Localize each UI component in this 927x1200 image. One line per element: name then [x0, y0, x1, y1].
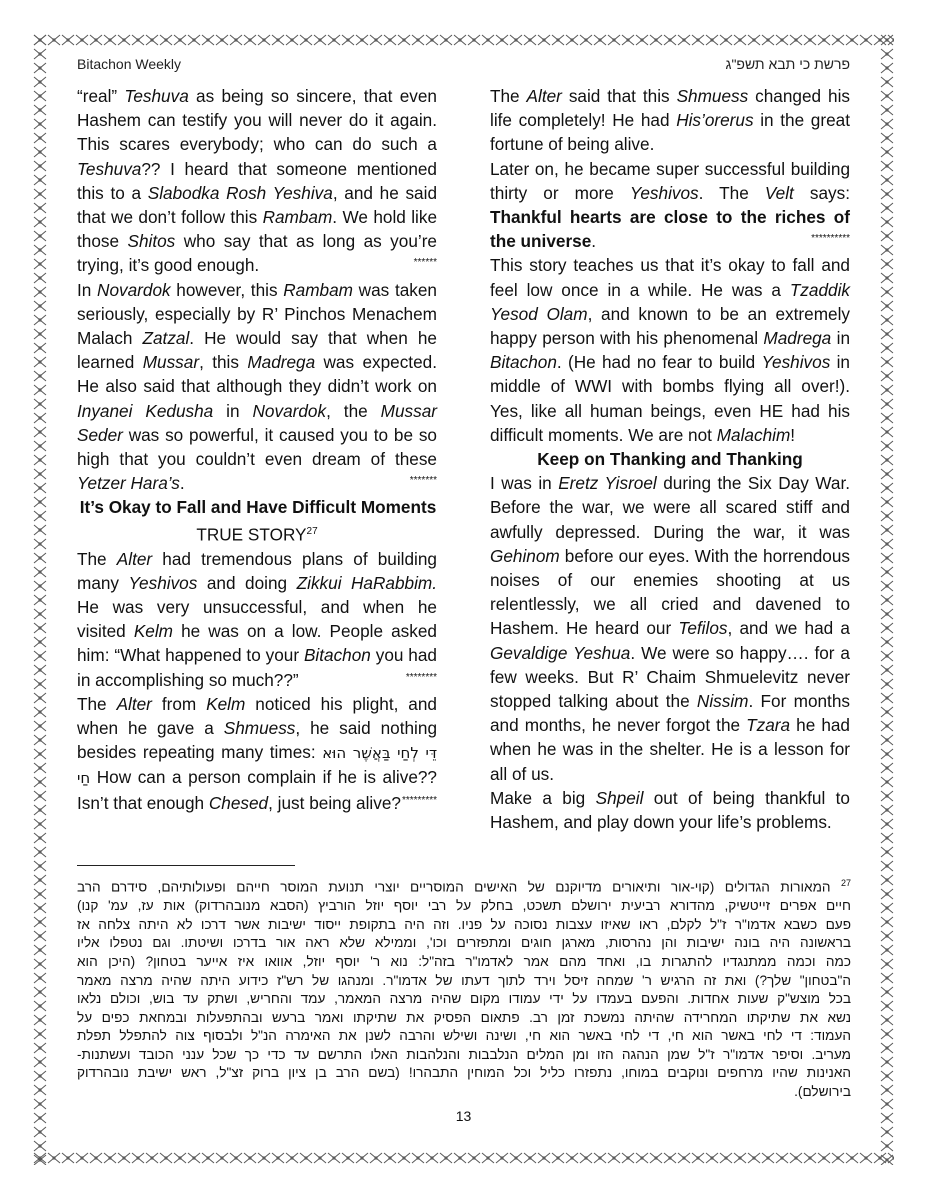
- page-header: Bitachon Weekly פרשת כי תבא תשפ"ג: [77, 56, 850, 76]
- footnote-line: בכל מוצש"ק שעות אחדות. והפעם בעמדו על יד…: [77, 990, 851, 1009]
- paragraph: I was in Eretz Yisroel during the Six Da…: [490, 471, 850, 786]
- border-bottom: [33, 1151, 894, 1165]
- section-separator-stars: *********: [402, 789, 437, 813]
- footnote-line: כמה וכמה ממתנגדיו להתגרות בו, ואחד מהם א…: [77, 953, 851, 972]
- footnote-separator: [77, 865, 295, 866]
- footnote-line: מעריב. וסיפר אדמו"ר ז"ל שמן הנהגה הזו ומ…: [77, 1046, 851, 1065]
- footnote-line: פעם כשבא אדמו"ר ז"ל לקלם, ראו שאיזו עצבו…: [77, 916, 851, 935]
- border-top: [33, 33, 894, 47]
- paragraph: Later on, he became super successful bui…: [490, 157, 850, 254]
- footnote-line: נשא את שתיקתו המחרידה שהיתה נמשכת זמן רב…: [77, 1009, 851, 1028]
- footnote-line: בירושלם).: [77, 1083, 851, 1102]
- section-subheading: TRUE STORY27: [77, 520, 437, 547]
- section-separator-stars: *******: [410, 469, 437, 493]
- section-separator-stars: ********: [406, 666, 437, 690]
- section-heading: It’s Okay to Fall and Have Difficult Mom…: [67, 495, 449, 519]
- footnote-line: האנינות שהיו מרחפים ונוקבים במוחו, נתפזר…: [77, 1064, 851, 1083]
- right-column: The Alter said that this Shmuess changed…: [490, 84, 850, 834]
- section-heading: Keep on Thanking and Thanking: [490, 447, 850, 471]
- paragraph: This story teaches us that it’s okay to …: [490, 253, 850, 447]
- border-right: [880, 33, 894, 1165]
- paragraph: Make a big Shpeil out of being thankful …: [490, 786, 850, 834]
- border-left: [33, 33, 47, 1165]
- footnote-number: 27: [841, 878, 851, 888]
- footnote-line: 27 המאורות הגדולים (קוי-אור ותיאורים מדי…: [77, 874, 851, 897]
- footnote-27: 27 המאורות הגדולים (קוי-אור ותיאורים מדי…: [77, 874, 851, 1102]
- publication-title: Bitachon Weekly: [77, 56, 181, 72]
- page-number: 13: [0, 1108, 927, 1124]
- section-separator-stars: **********: [811, 227, 850, 251]
- footnote-line: חיים אפרים זייטשיק, מהדורא רביעית ירושלם…: [77, 897, 851, 916]
- paragraph: The Alter said that this Shmuess changed…: [490, 84, 850, 157]
- paragraph: The Alter had tremendous plans of buildi…: [77, 547, 437, 692]
- section-separator-stars: ******: [414, 251, 437, 275]
- footnote-line: העמוד: די לחי באשר הוא חי, די לחי באשר ה…: [77, 1027, 851, 1046]
- parsha-title: פרשת כי תבא תשפ"ג: [726, 56, 850, 72]
- paragraph: In Novardok however, this Rambam was tak…: [77, 278, 437, 496]
- left-column: “real” Teshuva as being so sincere, that…: [77, 84, 437, 815]
- article-body: “real” Teshuva as being so sincere, that…: [77, 84, 851, 844]
- footnote-line: ה"בטחון" שלך?) ואת זה הרגיש ר' שמחה זיסל…: [77, 972, 851, 991]
- paragraph: The Alter from Kelm noticed his plight, …: [77, 692, 437, 815]
- footnote-line: בראשונה היה בונה ישיבות והן נהרסות, מארג…: [77, 934, 851, 953]
- highlighted-quote: Thankful hearts are close to the riches …: [490, 207, 850, 251]
- paragraph: “real” Teshuva as being so sincere, that…: [77, 84, 437, 278]
- footnote-ref[interactable]: 27: [307, 526, 318, 537]
